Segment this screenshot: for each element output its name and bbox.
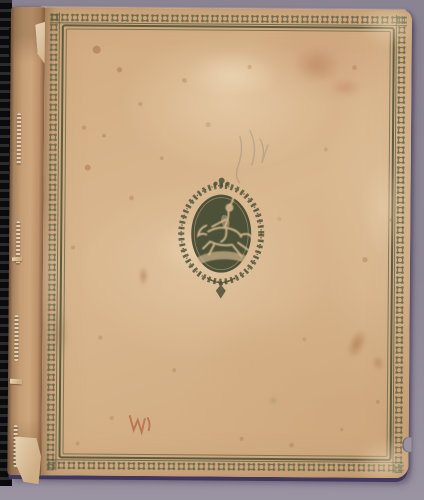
- stain: [192, 308, 313, 399]
- spine-stitching: [14, 315, 18, 361]
- photo-backdrop: [0, 0, 424, 500]
- spine-tear: [10, 379, 22, 385]
- book-cover: [7, 7, 412, 478]
- cover-front: [41, 7, 412, 478]
- stain: [328, 77, 362, 97]
- horse-and-rider-medallion: [175, 171, 268, 300]
- stain: [292, 47, 340, 83]
- stain: [270, 397, 277, 404]
- stain: [184, 50, 279, 99]
- book-spine: [7, 7, 45, 475]
- spine-stitching: [17, 113, 21, 165]
- lace-border-bottom: [46, 459, 403, 473]
- edge-chip-notch: [403, 437, 412, 452]
- spine-tear: [12, 257, 22, 262]
